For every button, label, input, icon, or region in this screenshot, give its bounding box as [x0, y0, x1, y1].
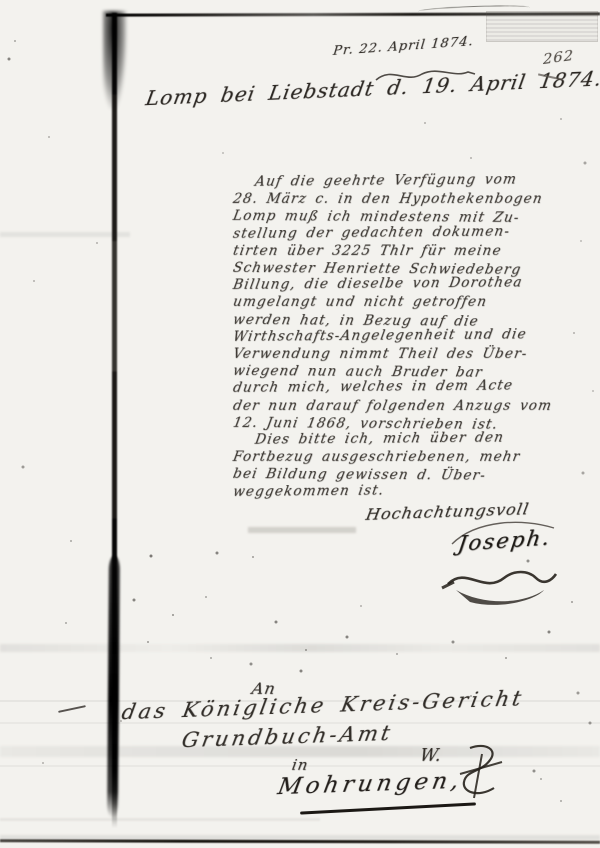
- scan-streak: [0, 818, 320, 821]
- body-line: durch mich, welches in dem Acte: [232, 378, 565, 398]
- body-line: Fortbezug ausgeschriebenen, mehr: [231, 449, 564, 466]
- letter-body: Auf die geehrte Verfügung vom 28. März c…: [233, 174, 563, 501]
- body-line: Wirthschafts-Angelegenheit und die: [232, 326, 565, 346]
- binding-ink-blot-top: [103, 11, 127, 109]
- clerk-initial: W.: [418, 746, 443, 766]
- place-underline: [300, 802, 476, 814]
- scan-smudge-patch: [486, 11, 598, 42]
- body-line: 28. März c. in den Hypothekenbogen: [231, 191, 564, 208]
- body-line: Auf die geehrte Verfügung vom: [232, 171, 565, 191]
- signature-paraph-flourish: [440, 560, 562, 604]
- address-preposition: in: [290, 756, 310, 774]
- body-line: weggekommen ist.: [232, 481, 565, 501]
- body-line: Billung, die dieselbe von Dorothea: [232, 274, 565, 294]
- address-court-line: das Königliche Kreis-Gericht: [120, 686, 526, 724]
- body-line: tirten über 3225 Thlr für meine: [231, 243, 564, 260]
- margin-dash: [58, 705, 86, 713]
- body-line: stellung der gedachten dokumen-: [232, 223, 565, 243]
- scanned-letter-page: Pr. 22. April 1874. Lomp bei Liebstadt d…: [0, 0, 600, 848]
- ink-speckles: [0, 0, 2, 2]
- folio-number: 262: [543, 48, 574, 68]
- binding-fold-line-bottom: [107, 556, 120, 818]
- pencil-smudge: [248, 527, 356, 533]
- praesentatum-note: Pr. 22. April 1874.: [332, 34, 474, 59]
- body-line: der nun darauf folgenden Anzugs vom: [231, 398, 564, 415]
- scan-streak: [0, 644, 600, 652]
- body-line: umgelangt und nicht getroffen: [231, 294, 564, 311]
- bottom-scan-line: [0, 839, 600, 844]
- body-line: Dies bitte ich, mich über den: [232, 429, 565, 449]
- body-line: Verwendung nimmt Theil des Über-: [231, 346, 564, 363]
- scan-streak: [0, 232, 130, 237]
- address-place-name: Mohrungen,: [276, 768, 465, 800]
- address-office-line: Grundbuch-Amt: [180, 721, 395, 752]
